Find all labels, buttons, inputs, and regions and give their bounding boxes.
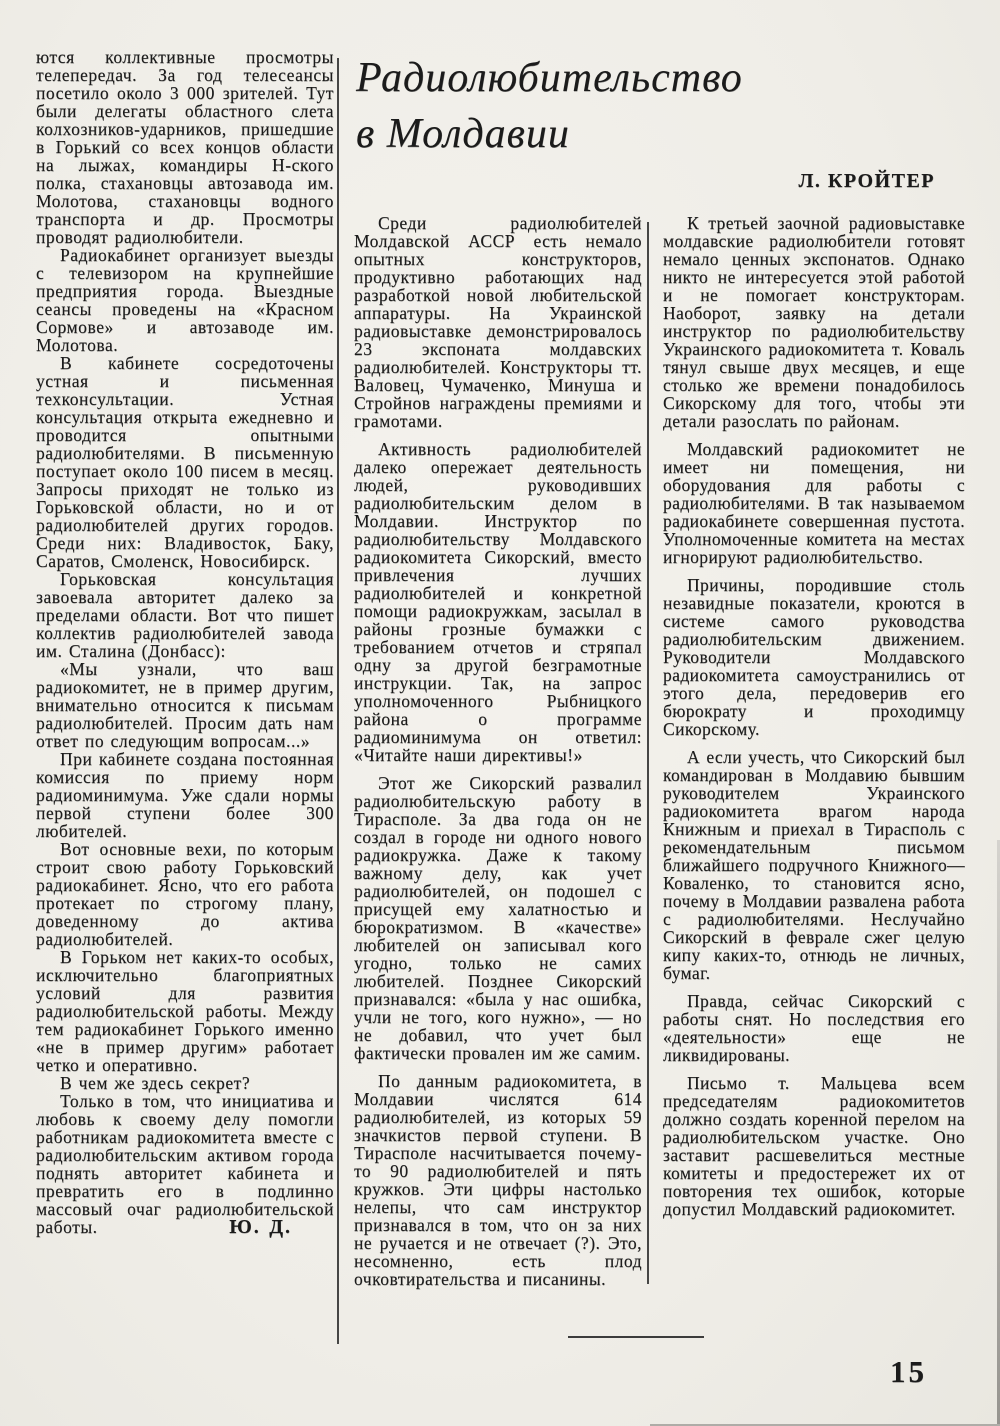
paragraph: В Горьком нет каких-то особых, исключите… xyxy=(36,948,334,1074)
paragraph: ются коллективные просмотры телепередач.… xyxy=(36,48,334,246)
article-author: Л. КРОЙТЕР xyxy=(657,170,935,193)
paragraph: «Мы узнали, что ваш радиокомитет, не в п… xyxy=(36,660,334,750)
paragraph: А если учесть, что Сикорский был команди… xyxy=(663,748,965,982)
paragraph: По данным радиокомитета, в Молдавии числ… xyxy=(354,1072,642,1288)
footer-divider xyxy=(568,1336,704,1338)
paragraph: При кабинете создана постоянная комиссия… xyxy=(36,750,334,840)
article-title: Радиолюбительство в Молдавии xyxy=(356,50,916,162)
column-divider-left xyxy=(337,58,339,1344)
article-column-2: К третьей заочной радиовыставке молдавск… xyxy=(663,214,965,1218)
column-divider-right xyxy=(647,222,649,1284)
paragraph: Этот же Сикорский развалил радиолюбитель… xyxy=(354,774,642,1062)
paragraph: Только в том, что инициатива и любовь к … xyxy=(36,1092,334,1236)
scan-speckles xyxy=(866,589,871,591)
article-title-line1: Радиолюбительство xyxy=(356,50,916,106)
paragraph: В чем же здесь секрет? xyxy=(36,1074,334,1092)
paragraph: Вот основные вехи, по которым строит сво… xyxy=(36,840,334,948)
page-number: 15 xyxy=(890,1354,927,1390)
paragraph: К третьей заочной радиовыставке молдавск… xyxy=(663,214,965,430)
paragraph: Горьковская консультация завоевала автор… xyxy=(36,570,334,660)
paragraph: Письмо т. Мальцева всем председателям ра… xyxy=(663,1074,965,1218)
paragraph: В кабинете сосредоточены устная и письме… xyxy=(36,354,334,570)
left-column: ются коллективные просмотры телепередач.… xyxy=(36,48,334,1236)
paragraph: Правда, сейчас Сикорский с работы снят. … xyxy=(663,992,965,1064)
article-title-line2: в Молдавии xyxy=(356,106,916,162)
paragraph: Активность радиолюбителей далеко опережа… xyxy=(354,440,642,764)
paragraph: Радиокабинет организует выезды с телевиз… xyxy=(36,246,334,354)
article-column-1: Среди радиолюбителей Молдавской АССР ест… xyxy=(354,214,642,1288)
scanned-page: ются коллективные просмотры телепередач.… xyxy=(0,0,1000,1426)
paragraph: Причины, породившие столь незавидные пок… xyxy=(663,576,965,738)
paragraph: Среди радиолюбителей Молдавской АССР ест… xyxy=(354,214,642,430)
paragraph: Молдавский радиокомитет не имеет ни поме… xyxy=(663,440,965,566)
